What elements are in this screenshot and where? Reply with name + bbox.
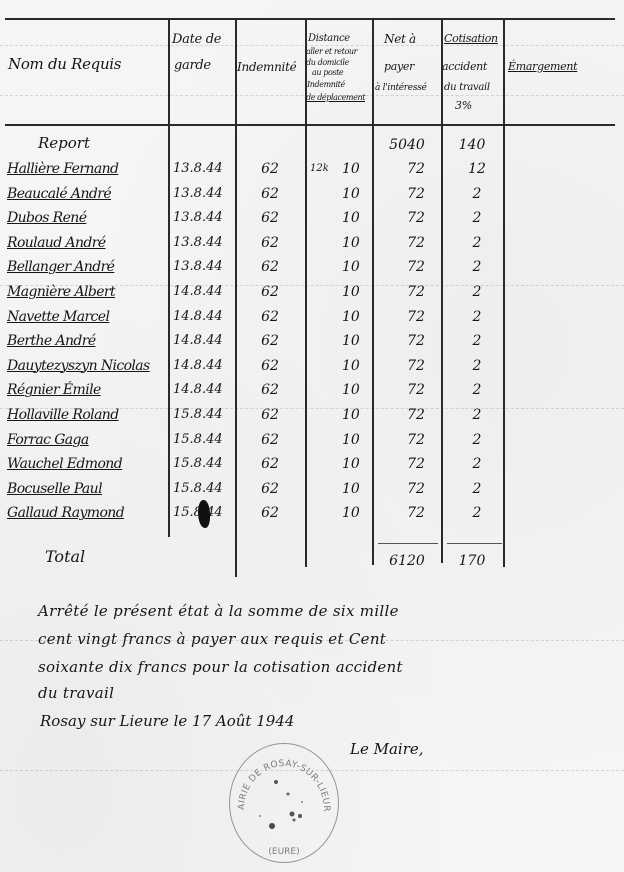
distance-value: 10: [342, 185, 360, 203]
garde-date: 13.8.44: [173, 160, 223, 178]
header-cotisation-4: 3%: [455, 100, 472, 112]
garde-date: 14.8.44: [173, 332, 223, 350]
distance-value: 10: [342, 332, 360, 350]
distance-value: 10: [342, 160, 360, 178]
cotisation-value: 2: [452, 209, 502, 227]
cotisation-value: 12: [452, 160, 502, 178]
cotisation-value: 2: [452, 258, 502, 276]
header-distance-2: aller et retour: [306, 47, 357, 56]
requis-name: Roulaud André: [7, 234, 167, 252]
distance-value: 10: [342, 406, 360, 424]
distance-value: 10: [342, 381, 360, 399]
statement-line-1: Arrêté le présent état à la somme de six…: [38, 597, 608, 625]
header-cotisation-1: Cotisation: [444, 33, 498, 45]
indemnite-value: 62: [237, 455, 303, 473]
net-value: 72: [386, 332, 446, 350]
requis-name: Wauchel Edmond: [7, 455, 167, 473]
document-page: Nom du Requis Date de garde Indemnité Di…: [0, 0, 624, 872]
cotisation-value: 2: [452, 332, 502, 350]
cotisation-value: 2: [452, 308, 502, 326]
column-divider: [503, 19, 505, 567]
place-date: Rosay sur Lieure le 17 Août 1944: [40, 712, 294, 730]
header-bottom-border: [5, 124, 615, 126]
requis-name: Régnier Émile: [7, 381, 167, 399]
cotisation-value: 2: [452, 283, 502, 301]
distance-value: 10: [342, 209, 360, 227]
requis-name: Berthe André: [7, 332, 167, 350]
requis-name: Hallière Fernand: [7, 160, 167, 178]
garde-date: 13.8.44: [173, 185, 223, 203]
report-net: 5040: [374, 136, 440, 154]
net-value: 72: [386, 504, 446, 522]
indemnite-value: 62: [237, 160, 303, 178]
header-net-1: Net à: [384, 33, 416, 45]
garde-date: 15.8.44: [173, 480, 223, 498]
header-net-3: à l'intéressé: [375, 82, 427, 94]
net-value: 72: [386, 455, 446, 473]
header-distance-1: Distance: [308, 33, 350, 45]
net-value: 72: [386, 406, 446, 424]
distance-value: 10: [342, 455, 360, 473]
garde-date: 13.8.44: [173, 234, 223, 252]
distance-value: 10: [342, 480, 360, 498]
stamp-bottom-text: (EURE): [268, 847, 299, 857]
net-value: 72: [386, 185, 446, 203]
ink-blot: [198, 500, 210, 528]
net-value: 72: [386, 209, 446, 227]
net-value: 72: [386, 381, 446, 399]
header-distance-3: du domicile: [306, 58, 349, 67]
total-label: Total: [45, 548, 85, 566]
requis-name: Beaucalé André: [7, 185, 167, 203]
net-value: 72: [386, 431, 446, 449]
distance-value: 10: [342, 234, 360, 252]
garde-date: 14.8.44: [173, 381, 223, 399]
header-distance-4: au poste: [312, 68, 343, 77]
requis-name: Gallaud Raymond: [7, 504, 167, 522]
net-value: 72: [386, 258, 446, 276]
cotisation-value: 2: [452, 480, 502, 498]
column-divider: [372, 19, 374, 565]
requis-name: Hollaville Roland: [7, 406, 167, 424]
distance-value: 10: [342, 431, 360, 449]
total-rule: [378, 543, 438, 544]
header-distance-5: Indemnité: [307, 80, 345, 89]
distance-value: 10: [342, 258, 360, 276]
garde-date: 15.8.44: [173, 406, 223, 424]
cotisation-value: 2: [452, 357, 502, 375]
total-rule: [447, 543, 502, 544]
garde-date: 13.8.44: [173, 209, 223, 227]
indemnite-value: 62: [237, 234, 303, 252]
indemnite-value: 62: [237, 308, 303, 326]
header-date-2: garde: [174, 60, 211, 72]
requis-name: Bocuselle Paul: [7, 480, 167, 498]
cotisation-value: 2: [452, 504, 502, 522]
table-top-border: [5, 18, 615, 20]
net-value: 72: [386, 308, 446, 326]
distance-value: 10: [342, 357, 360, 375]
cotisation-value: 2: [452, 234, 502, 252]
header-net-2: payer: [384, 61, 414, 73]
indemnite-value: 62: [237, 209, 303, 227]
cotisation-value: 2: [452, 381, 502, 399]
garde-date: 14.8.44: [173, 308, 223, 326]
distance-value: 10: [342, 308, 360, 326]
distance-note: 12k: [310, 160, 329, 178]
distance-value: 10: [342, 504, 360, 522]
cotisation-value: 2: [452, 431, 502, 449]
header-emargement: Émargement: [508, 61, 577, 73]
column-divider: [168, 19, 170, 537]
statement-line-2: cent vingt francs à payer aux requis et …: [38, 625, 608, 653]
cotisation-value: 2: [452, 185, 502, 203]
distance-value: 10: [342, 283, 360, 301]
total-cotisation: 170: [443, 552, 501, 570]
cotisation-value: 2: [452, 455, 502, 473]
cotisation-value: 2: [452, 406, 502, 424]
garde-date: 13.8.44: [173, 258, 223, 276]
net-value: 72: [386, 357, 446, 375]
report-cotisation: 140: [443, 136, 501, 154]
total-net: 6120: [374, 552, 440, 570]
net-value: 72: [386, 283, 446, 301]
indemnite-value: 62: [237, 357, 303, 375]
header-cotisation-2: accident: [442, 61, 487, 73]
net-value: 72: [386, 160, 446, 178]
garde-date: 15.8.44: [173, 431, 223, 449]
requis-name: Dubos René: [7, 209, 167, 227]
requis-name: Magnière Albert: [7, 283, 167, 301]
report-label: Report: [38, 134, 90, 152]
net-value: 72: [386, 480, 446, 498]
header-name: Nom du Requis: [8, 58, 121, 70]
requis-name: Navette Marcel: [7, 308, 167, 326]
header-date-1: Date de: [172, 34, 221, 46]
requis-name: Forrac Gaga: [7, 431, 167, 449]
mairie-stamp: MAIRIE DE ROSAY-SUR-LIEURE (EURE): [229, 743, 339, 863]
svg-text:MAIRIE DE ROSAY-SUR-LIEURE: MAIRIE DE ROSAY-SUR-LIEURE: [230, 744, 331, 812]
garde-date: 14.8.44: [173, 357, 223, 375]
indemnite-value: 62: [237, 258, 303, 276]
indemnite-value: 62: [237, 381, 303, 399]
requis-name: Bellanger André: [7, 258, 167, 276]
garde-date: 15.8.44: [173, 455, 223, 473]
header-cotisation-3: du travail: [444, 82, 490, 94]
indemnite-value: 62: [237, 480, 303, 498]
indemnite-value: 62: [237, 431, 303, 449]
rule-line: [0, 45, 624, 46]
mayor-signature: Le Maire,: [350, 740, 424, 758]
statement-line-3: soixante dix francs pour la cotisation a…: [38, 653, 608, 681]
header-distance-6: de déplacement: [306, 93, 365, 102]
indemnite-value: 62: [237, 406, 303, 424]
garde-date: 14.8.44: [173, 283, 223, 301]
indemnite-value: 62: [237, 283, 303, 301]
indemnite-value: 62: [237, 332, 303, 350]
requis-name: Dauytezyszyn Nicolas: [7, 357, 167, 375]
stamp-top-text: MAIRIE DE ROSAY-SUR-LIEURE: [230, 744, 331, 812]
indemnite-value: 62: [237, 185, 303, 203]
indemnite-value: 62: [237, 504, 303, 522]
header-indemnite: Indemnité: [237, 61, 296, 73]
net-value: 72: [386, 234, 446, 252]
statement-line-4: du travail: [38, 679, 608, 707]
